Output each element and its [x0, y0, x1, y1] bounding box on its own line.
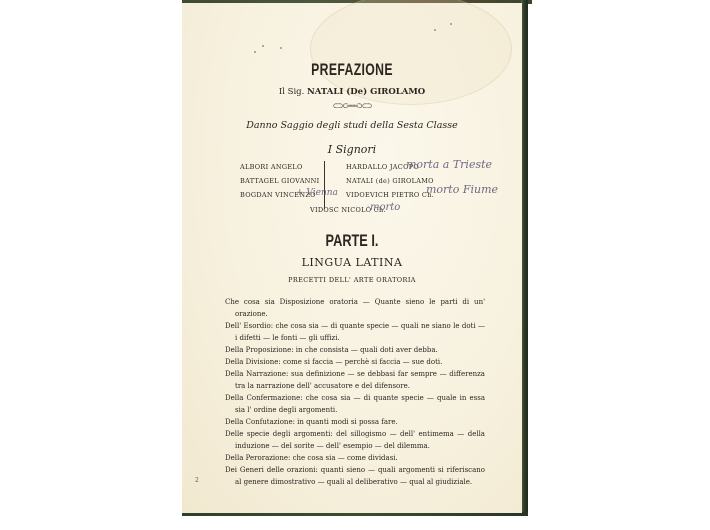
foxing-spot [434, 29, 436, 31]
paragraph: Della Divisione: come si faccia — perchè… [225, 356, 485, 368]
page-title: PREFAZIONE [230, 60, 475, 80]
paragraph: Dell' Esordio: che cosa sia — di quante … [225, 320, 485, 344]
student-name: ALBORI ANGELO [240, 163, 303, 171]
paragraph: Della Narrazione: sua definizione — se d… [225, 368, 485, 392]
paragraph: Delle specie degli argomenti: del sillog… [225, 428, 485, 452]
bracket-line [324, 161, 325, 209]
part-section: PRECETTI DELL' ARTE ORATORIA [182, 276, 522, 284]
page-mark: 2 [195, 477, 199, 484]
foxing-spot [262, 45, 264, 47]
foxing-spot [450, 23, 452, 25]
foxing-spot [280, 47, 282, 49]
handwritten-note: morta a Trieste [406, 158, 492, 171]
part-heading: PARTE I. [225, 231, 480, 251]
paragraph: Della Perorazione: che cosa sia — come d… [225, 452, 485, 464]
book-page: PREFAZIONE Il Sig. NATALI (De) GIROLAMO … [182, 3, 522, 513]
handwritten-note: morto [370, 202, 400, 213]
student-name: VIDOEVICH PIETRO Ch. [346, 191, 434, 199]
author-line: Il Sig. NATALI (De) GIROLAMO [182, 87, 522, 97]
handwritten-note: morto Fiume [426, 183, 498, 196]
foxing-spot [254, 51, 256, 53]
paragraph: Dei Generi delle orazioni: quanti sieno … [225, 464, 485, 488]
paragraph: Che cosa sia Disposizione oratoria — Qua… [225, 296, 485, 320]
author-prefix: Il Sig. [279, 87, 304, 97]
body-text: Che cosa sia Disposizione oratoria — Qua… [225, 296, 485, 488]
handwritten-note: + Vienna [296, 188, 338, 198]
signori-heading: I Signori [182, 143, 522, 156]
author-name: NATALI (De) GIROLAMO [307, 87, 425, 97]
ornament-divider: ⊂⊃⊂═══⊃⊂⊃ [182, 102, 522, 110]
paragraph: Della Confermazione: che cosa sia — di q… [225, 392, 485, 416]
subtitle: Danno Saggio degli studi della Sesta Cla… [182, 120, 522, 131]
part-subject: LINGUA LATINA [182, 256, 522, 269]
student-name: BATTAGEL GIOVANNI [240, 177, 320, 185]
paragraph: Della Confutazione: in quanti modi si po… [225, 416, 485, 428]
book-binding-right [521, 0, 528, 516]
student-name: NATALI (de) GIROLAMO [346, 177, 434, 185]
paragraph: Della Proposizione: in che consista — qu… [225, 344, 485, 356]
